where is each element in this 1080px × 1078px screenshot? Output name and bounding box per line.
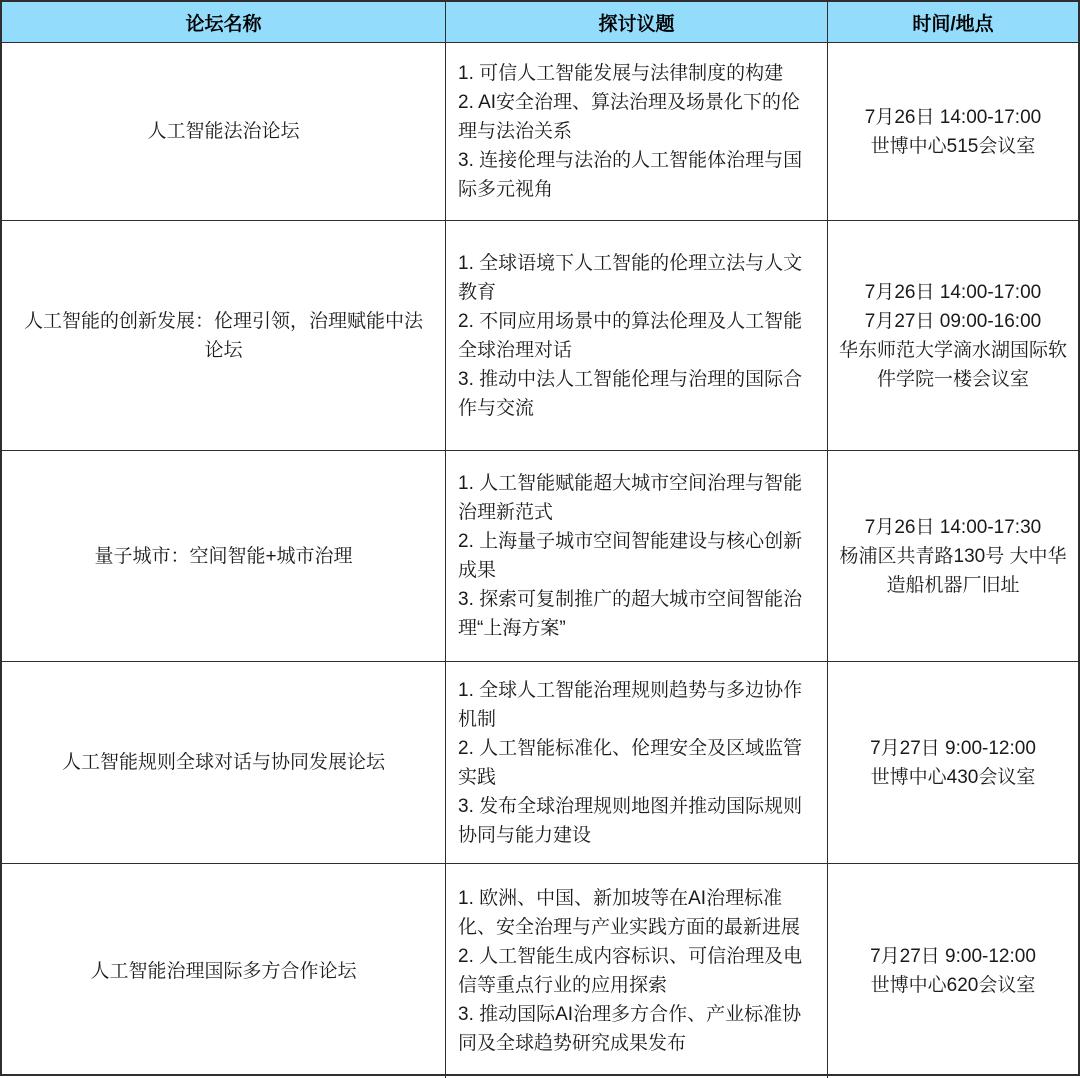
table-row: 人工智能规则全球对话与协同发展论坛 1. 全球人工智能治理规则趋势与多边协作机制…	[2, 661, 1078, 863]
header-cell-forum-name: 论坛名称	[2, 2, 445, 42]
topic-line: 1. 欧洲、中国、新加坡等在AI治理标准化、安全治理与产业实践方面的最新进展	[458, 884, 817, 942]
header-cell-time-location: 时间/地点	[827, 2, 1078, 42]
topics-cell: 1. 可信人工智能发展与法律制度的构建 2. AI安全治理、算法治理及场景化下的…	[445, 43, 827, 220]
topic-line: 3. 发布全球治理规则地图并推动国际规则协同与能力建设	[458, 792, 817, 850]
time-line: 世博中心515会议室	[871, 132, 1036, 161]
forum-name-cell: 量子城市：空间智能+城市治理	[2, 451, 445, 661]
topic-line: 3. 推动中法人工智能伦理与治理的国际合作与交流	[458, 365, 817, 423]
time-cell: 7月26日 14:00-17:30 杨浦区共青路130号 大中华造船机器厂旧址	[827, 451, 1078, 661]
time-line: 杨浦区共青路130号 大中华造船机器厂旧址	[832, 542, 1074, 600]
topic-line: 1. 全球人工智能治理规则趋势与多边协作机制	[458, 676, 817, 734]
time-line: 7月27日 9:00-12:00	[870, 734, 1036, 763]
topics-cell: 1. 人工智能赋能超大城市空间治理与智能治理新范式 2. 上海量子城市空间智能建…	[445, 451, 827, 661]
header-row: 论坛名称 探讨议题 时间/地点	[2, 2, 1078, 42]
time-line: 7月27日 09:00-16:00	[865, 307, 1041, 336]
time-cell: 7月27日 9:00-12:00 世博中心430会议室	[827, 662, 1078, 863]
table-row: 人工智能的创新发展：伦理引领，治理赋能中法论坛 1. 全球语境下人工智能的伦理立…	[2, 220, 1078, 450]
topics-cell: 1. 欧洲、中国、新加坡等在AI治理标准化、安全治理与产业实践方面的最新进展 2…	[445, 864, 827, 1078]
table-row: 人工智能法治论坛 1. 可信人工智能发展与法律制度的构建 2. AI安全治理、算…	[2, 42, 1078, 220]
time-line: 7月26日 14:00-17:00	[865, 103, 1041, 132]
time-line: 世博中心620会议室	[871, 971, 1036, 1000]
forum-name-cell: 人工智能治理国际多方合作论坛	[2, 864, 445, 1078]
forum-name-cell: 人工智能规则全球对话与协同发展论坛	[2, 662, 445, 863]
time-line: 7月26日 14:00-17:00	[865, 278, 1041, 307]
time-cell: 7月26日 14:00-17:00 世博中心515会议室	[827, 43, 1078, 220]
topic-line: 2. AI安全治理、算法治理及场景化下的伦理与法治关系	[458, 88, 817, 146]
topic-line: 1. 人工智能赋能超大城市空间治理与智能治理新范式	[458, 469, 817, 527]
topic-line: 2. 不同应用场景中的算法伦理及人工智能全球治理对话	[458, 307, 817, 365]
table-row: 人工智能治理国际多方合作论坛 1. 欧洲、中国、新加坡等在AI治理标准化、安全治…	[2, 863, 1078, 1078]
time-line: 7月27日 9:00-12:00	[870, 942, 1036, 971]
topic-line: 3. 推动国际AI治理多方合作、产业标准协同及全球趋势研究成果发布	[458, 1000, 817, 1058]
forum-name-cell: 人工智能的创新发展：伦理引领，治理赋能中法论坛	[2, 221, 445, 450]
forum-schedule-table: 论坛名称 探讨议题 时间/地点 人工智能法治论坛 1. 可信人工智能发展与法律制…	[0, 0, 1080, 1076]
topic-line: 1. 可信人工智能发展与法律制度的构建	[458, 59, 817, 88]
header-cell-topics: 探讨议题	[445, 2, 827, 42]
topic-line: 2. 人工智能标准化、伦理安全及区域监管实践	[458, 734, 817, 792]
time-cell: 7月27日 9:00-12:00 世博中心620会议室	[827, 864, 1078, 1078]
topic-line: 1. 全球语境下人工智能的伦理立法与人文教育	[458, 249, 817, 307]
table-row: 量子城市：空间智能+城市治理 1. 人工智能赋能超大城市空间治理与智能治理新范式…	[2, 450, 1078, 661]
time-line: 7月26日 14:00-17:30	[865, 513, 1041, 542]
topic-line: 2. 上海量子城市空间智能建设与核心创新成果	[458, 527, 817, 585]
topic-line: 3. 连接伦理与法治的人工智能体治理与国际多元视角	[458, 146, 817, 204]
topic-line: 2. 人工智能生成内容标识、可信治理及电信等重点行业的应用探索	[458, 942, 817, 1000]
time-cell: 7月26日 14:00-17:00 7月27日 09:00-16:00 华东师范…	[827, 221, 1078, 450]
topics-cell: 1. 全球语境下人工智能的伦理立法与人文教育 2. 不同应用场景中的算法伦理及人…	[445, 221, 827, 450]
topic-line: 3. 探索可复制推广的超大城市空间智能治理“上海方案”	[458, 585, 817, 643]
time-line: 华东师范大学滴水湖国际软件学院一楼会议室	[832, 336, 1074, 394]
time-line: 世博中心430会议室	[871, 763, 1036, 792]
forum-name-cell: 人工智能法治论坛	[2, 43, 445, 220]
topics-cell: 1. 全球人工智能治理规则趋势与多边协作机制 2. 人工智能标准化、伦理安全及区…	[445, 662, 827, 863]
